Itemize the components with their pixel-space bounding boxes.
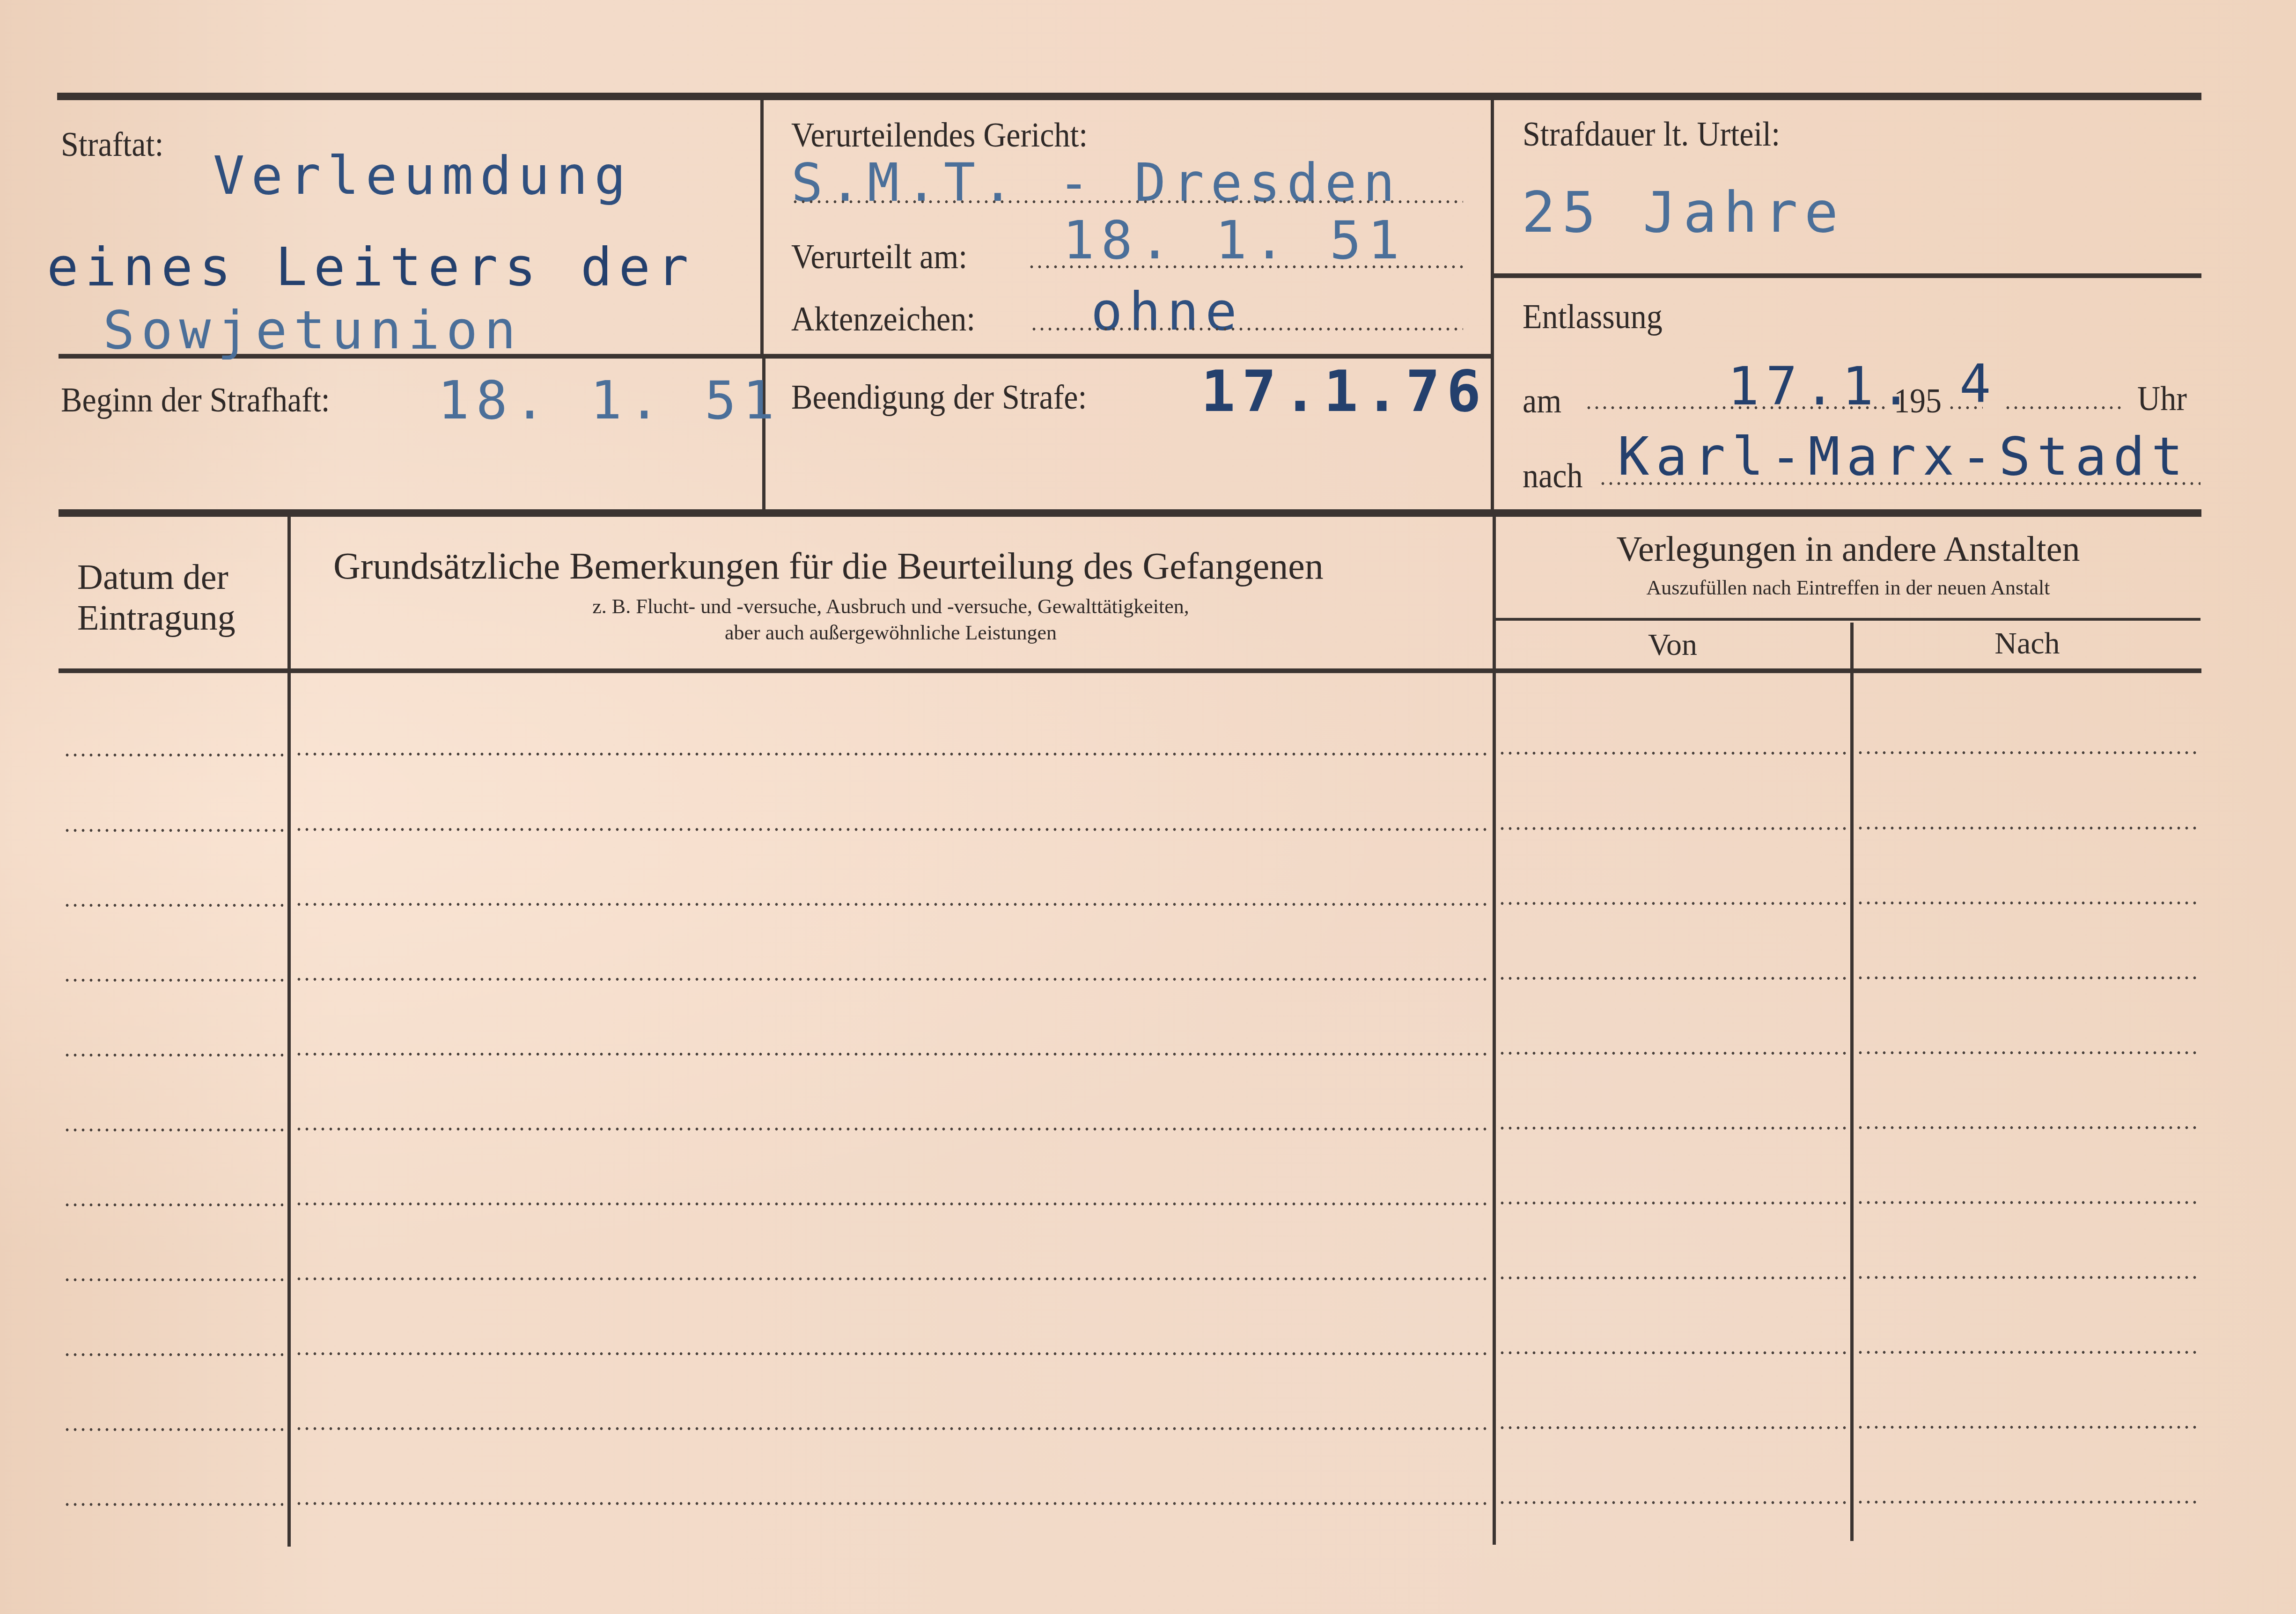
table-row[interactable] [59,1056,2201,1131]
col-from-header: Von [1496,630,1849,660]
col-remarks-subheader-1: z. B. Flucht- und -versuche, Ausbruch un… [290,594,1491,619]
offense-label: Straftat: [61,127,163,162]
row-to-guide [1856,751,2200,754]
row-remarks-guide [295,1128,1489,1130]
row-remarks-guide [295,828,1489,831]
row-remarks-guide [295,753,1489,756]
end-label: Beendigung der Strafe: [791,380,1087,415]
court-label: Verurteilendes Gericht: [791,118,1088,153]
table-row[interactable] [59,1356,2201,1431]
file-number-dotted-line [1030,328,1463,330]
court-dotted-line [791,200,1463,203]
start-value: 18. 1. 51 [438,374,781,427]
row-remarks-guide [295,903,1489,906]
sentenced-on-label: Verurteilt am: [791,240,967,274]
release-label: Entlassung [1523,300,1663,334]
row-to-guide [1856,827,2200,829]
row-from-guide [1498,1202,1849,1204]
row-to-guide [1856,1201,2200,1204]
table-row[interactable] [59,1206,2201,1281]
row-to-guide [1856,1351,2200,1354]
end-value: 17.1.76 [1201,363,1487,420]
sentenced-on-value: 18. 1. 51 [1063,214,1406,267]
row-remarks-guide [295,1277,1489,1280]
table-row[interactable] [59,756,2201,831]
row-to-guide [1856,1276,2200,1279]
row-remarks-guide [295,1502,1489,1505]
rule-right-middle [1494,273,2201,278]
row-remarks-guide [295,1053,1489,1056]
row-to-guide [1856,902,2200,904]
top-border-rule [57,93,2201,100]
row-from-guide [1498,1501,1849,1504]
rule-table-header-bottom [59,668,2201,673]
row-to-guide [1856,1051,2200,1054]
rule-transfers-subheader [1496,618,2200,621]
col-transfers-subheader: Auszufüllen nach Eintreffen in der neuen… [1496,575,2200,601]
file-number-label: Aktenzeichen: [791,302,975,337]
table-row[interactable] [59,1431,2201,1505]
divider-offense-court [760,100,764,355]
divider-court-duration [1491,100,1494,512]
duration-value: 25 Jahre [1522,185,1845,241]
offense-value-line-2: eines Leiters der [47,241,695,293]
release-year-suffix: 4 [1959,358,1997,411]
row-remarks-guide [295,1203,1489,1205]
start-label: Beginn der Strafhaft: [61,383,330,418]
table-row[interactable] [59,1131,2201,1206]
row-from-guide [1498,902,1849,905]
row-to-guide [1856,1426,2200,1429]
row-remarks-guide [295,978,1489,981]
offense-value-line-3: Sowjetunion [103,304,522,357]
release-time-dotted-line [2004,406,2121,409]
row-from-guide [1498,1277,1849,1279]
release-date-value: 17.1. [1728,360,1918,413]
table-row[interactable] [59,981,2201,1056]
duration-label: Strafdauer lt. Urteil: [1523,117,1780,152]
row-to-guide [1856,1501,2200,1504]
col-date-header-line2: Eintragung [77,600,235,636]
table-row[interactable] [59,674,2201,756]
row-from-guide [1498,1351,1849,1354]
col-to-header: Nach [1854,628,2200,659]
release-to-value: Karl-Marx-Stadt [1618,431,2189,483]
release-time-label: Uhr [2137,381,2187,416]
col-date-header-line1: Datum der [77,559,228,595]
row-from-guide [1498,827,1849,830]
release-am-label: am [1523,384,1561,418]
row-from-guide [1498,1127,1849,1130]
col-remarks-subheader-2: aber auch außergewöhnliche Leistungen [290,620,1491,646]
table-row[interactable] [59,1281,2201,1356]
rule-section-separator [59,509,2201,517]
table-row[interactable] [59,831,2201,906]
release-year-dotted-line [1948,406,1983,409]
table-row[interactable] [59,906,2201,981]
row-to-guide [1856,1126,2200,1129]
sentenced-on-dotted-line [1028,265,1463,268]
row-from-guide [1498,1052,1849,1055]
row-from-guide [1498,977,1849,980]
row-to-guide [1856,976,2200,979]
row-remarks-guide [295,1427,1489,1430]
release-to-label: nach [1523,459,1583,493]
col-remarks-header: Grundsätzliche Bemerkungen für die Beurt… [333,548,1324,585]
row-remarks-guide [295,1352,1489,1355]
offense-value-line-1: Verleumdung [213,150,633,202]
release-year-prefix: 195 [1894,384,1942,418]
row-from-guide [1498,752,1849,755]
row-from-guide [1498,1426,1849,1429]
col-transfers-header: Verlegungen in andere Anstalten [1496,531,2200,567]
row-date-guide [63,1503,283,1506]
